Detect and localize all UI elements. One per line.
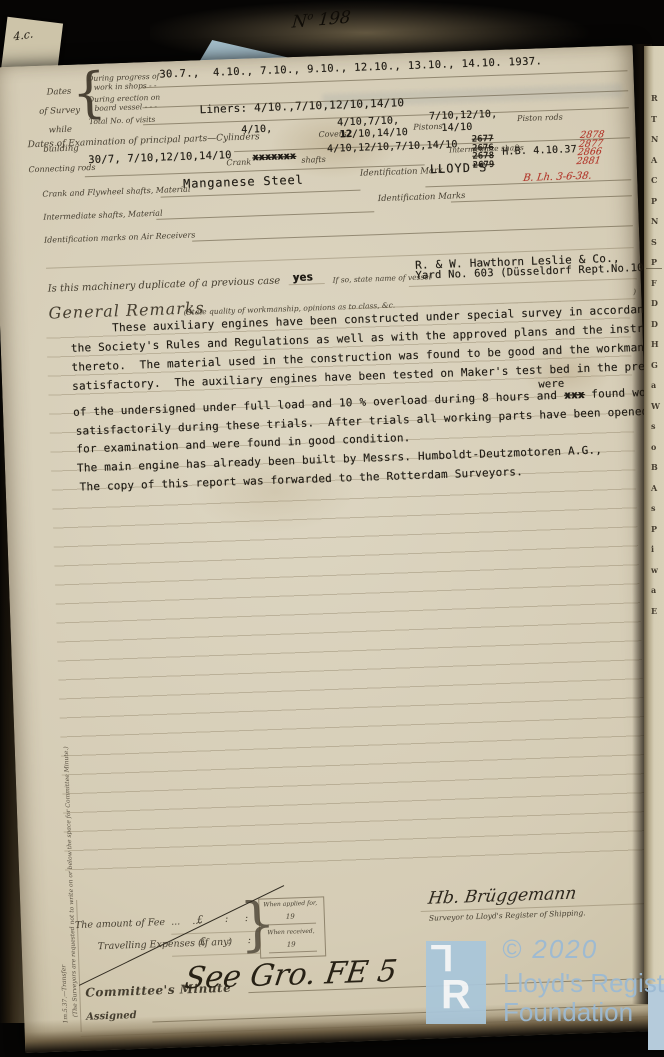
applied-year: 19 <box>286 912 295 920</box>
form-rule-line <box>268 923 316 926</box>
list-item: P <box>651 519 663 540</box>
list-item: w <box>651 560 663 581</box>
list-item: D <box>651 314 663 335</box>
list-item: i <box>651 539 663 560</box>
list-item: F <box>651 273 663 294</box>
crank-overstrike: xxxxxxx <box>252 151 296 164</box>
survey-group-l3: while <box>49 124 73 135</box>
list-item: D <box>651 293 663 314</box>
list-item: a <box>651 375 663 396</box>
fee-date-box: When applied for, 19 When received, 19 <box>258 896 326 958</box>
duplicate-question: Is this machinery duplicate of a previou… <box>48 276 281 295</box>
red-handwritten-note: B. Lh. 3-6-38. <box>522 171 592 184</box>
form-rule-line <box>192 225 633 241</box>
list-item: P <box>651 191 663 212</box>
watermark-line1: Lloyd's Register <box>503 968 664 999</box>
form-rule-line <box>269 951 317 954</box>
lr-logo-r: R <box>441 971 471 1018</box>
when-applied-label: When applied for, <box>263 900 317 909</box>
remarks-line5-struck: xxx <box>564 388 585 402</box>
fee-colon: : <box>227 936 231 947</box>
document-page: Dates of Survey while building { During … <box>0 45 664 1053</box>
connecting-rods-label: Connecting rods <box>28 163 95 174</box>
list-item: o <box>651 437 663 458</box>
list-item: H <box>651 334 663 355</box>
report-no-sup: o <box>307 11 314 23</box>
list-item: A <box>651 150 663 171</box>
list-item: T <box>651 109 663 130</box>
list-item: R <box>651 88 663 109</box>
connecting-rods-value: 30/7, 7/10,12/10,14/10 <box>88 149 232 166</box>
red-id-numbers: 2878287728662881 <box>576 131 605 166</box>
list-item: G <box>651 355 663 376</box>
hb-date-value: H.B. 4.10.37 <box>502 144 577 158</box>
lr-logo: L R <box>426 941 486 1024</box>
form-rule-line <box>161 190 361 198</box>
when-received-label: When received, <box>267 928 315 937</box>
list-item: B <box>651 457 663 478</box>
list-item: W <box>651 396 663 417</box>
covers-overtyped-12: 12 <box>339 129 352 140</box>
list-item: N <box>651 129 663 150</box>
air-receivers-label: Identification marks on Air Receivers <box>44 230 196 244</box>
report-no-n: N <box>291 11 308 33</box>
shafts-label: shafts <box>301 155 326 165</box>
report-no-value: 198 <box>317 7 351 30</box>
fee-amount-label: The amount of Fee ... ... <box>75 916 202 931</box>
covers-value-line2: 12/10,14/10 <box>339 127 408 140</box>
form-rule-line <box>289 283 325 285</box>
shafts-value: 4/10,12/10,7/10,14/10 <box>327 139 458 155</box>
survey-group-l1: Dates <box>46 86 71 97</box>
travel-expenses-label: Travelling Expenses (if any) <box>98 937 233 953</box>
list-item: s <box>651 416 663 437</box>
list-item: 2881 <box>576 157 601 166</box>
piston-rods-label: Piston rods <box>517 113 563 124</box>
fee-colon: : <box>225 914 229 925</box>
watermark-copyright: © 2020 <box>502 934 598 965</box>
covers-value-line2-rest: /10,14/10 <box>352 127 408 140</box>
duplicate-answer: yes <box>292 270 313 284</box>
survey-dates-value: 30.7., 4.10., 7.10., 9.10., 12.10., 13.1… <box>159 55 542 80</box>
list-item: E <box>651 601 663 622</box>
pistons-value-line1: 7/10,12/10, <box>429 109 498 122</box>
list-item: S <box>651 232 663 253</box>
form-code-vertical: 1m.5.37.—Transfer <box>60 949 70 1023</box>
pistons-value-line2: 14/10 <box>441 122 472 134</box>
corner-annotation: 4.c. <box>13 27 33 43</box>
received-year: 19 <box>287 940 296 948</box>
form-rule-line <box>156 211 374 220</box>
crank-material-value: Manganese Steel <box>183 173 304 191</box>
pistons-label: Pistons <box>413 122 443 132</box>
list-item: N <box>651 211 663 232</box>
list-item: C <box>651 170 663 191</box>
covers-value-line1: 4/10,7/10, <box>337 115 400 128</box>
intermediate-material-label: Intermediate shafts, Material <box>43 209 163 222</box>
fee-currency2: £ <box>199 937 206 948</box>
form-rule-line <box>451 195 632 202</box>
cylinders-value: 4/10, <box>241 124 272 136</box>
facing-page-sliver: RTNACPNSPFDDHGaWsoBAsPiwaE <box>644 46 664 988</box>
scanned-survey-report-photo: No 198 4.c. Dates of Survey while buildi… <box>0 0 664 1057</box>
lloyds-value: LLOYD'S <box>430 160 488 176</box>
list-item: P <box>651 252 663 273</box>
facing-page-divider <box>646 268 662 269</box>
surveyor-signature: Hb. Brüggemann <box>427 884 578 909</box>
list-item: s <box>651 498 663 519</box>
list-item: a <box>651 580 663 601</box>
watermark-line2: Foundation <box>503 997 633 1028</box>
facing-page-letter-fragments: RTNACPNSPFDDHGaWsoBAsPiwaE <box>651 88 663 621</box>
crank-label: Crank <box>226 157 251 167</box>
list-item: A <box>651 478 663 499</box>
